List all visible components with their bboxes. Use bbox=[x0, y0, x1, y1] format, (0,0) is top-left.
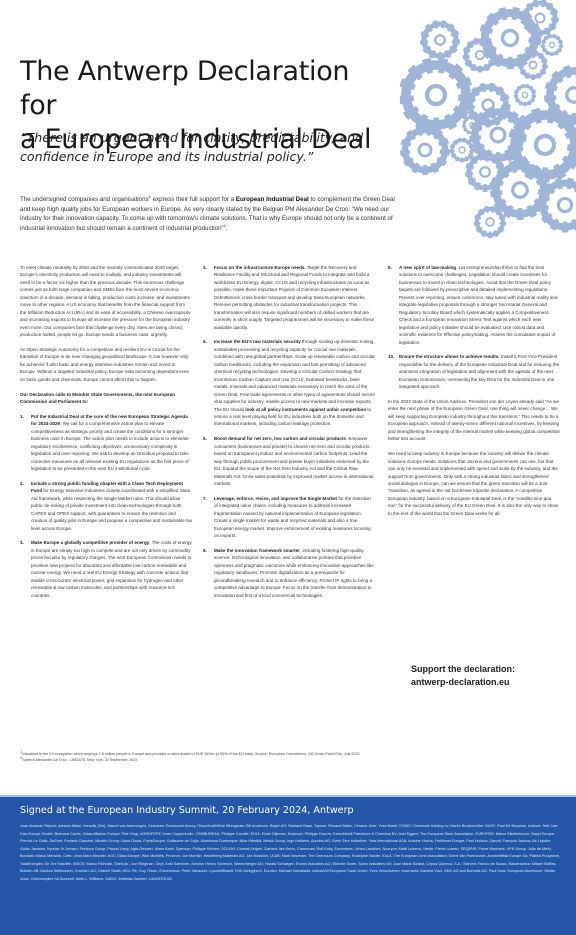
item-heading: Boost demand for net zero, low carbon an… bbox=[214, 436, 346, 441]
item-text: Make Europe a globally competitive provi… bbox=[31, 539, 192, 599]
item-heading: Make Europe a globally competitive provi… bbox=[31, 540, 149, 545]
intro-bold-deal: European Industrial Deal bbox=[236, 196, 309, 203]
footnote-text: Industries in the EII ecosystem which em… bbox=[22, 752, 359, 756]
item-body: Install a First Vice-President responsib… bbox=[399, 354, 559, 389]
calls-lead: Our Declaration calls to Member State Go… bbox=[20, 391, 192, 406]
list-item: 7.Leverage, enforce, revise, and improve… bbox=[203, 495, 375, 540]
intro-text: . bbox=[226, 225, 228, 232]
column-1: To meet climate neutrality by 2050 and t… bbox=[20, 264, 192, 606]
item-number: 3. bbox=[20, 539, 31, 599]
item-emphasis: look at all policy instruments against u… bbox=[245, 407, 366, 412]
signatories-title: Signed at the European Industry Summit, … bbox=[20, 805, 354, 816]
item-heading: Focus on the infrastructure Europe needs… bbox=[214, 265, 306, 270]
item-body: through scaling up domestic mining, sust… bbox=[214, 339, 375, 411]
item-heading: Increase the EU’s raw materials security bbox=[214, 339, 301, 344]
item-text: Make the innovation framework smarter, i… bbox=[214, 547, 375, 599]
item-body: . Let entrepreneurship thrive to find th… bbox=[399, 265, 557, 345]
item-text: Boost demand for net zero, low carbon an… bbox=[214, 435, 375, 487]
item-number: 10. bbox=[388, 353, 399, 390]
item-body: , including fostering high-quality scien… bbox=[214, 548, 374, 598]
item-body: . The costs of energy in Europe are simp… bbox=[31, 540, 192, 597]
item-text: Focus on the infrastructure Europe needs… bbox=[214, 264, 375, 331]
list-item: 5.Increase the EU’s raw materials securi… bbox=[203, 338, 375, 427]
item-body: for Energy Intensive Industries closely … bbox=[31, 488, 192, 530]
item-heading: Make the innovation framework smarter bbox=[214, 548, 300, 553]
list-item: 9.A new spirit of law-making. Let entrep… bbox=[388, 264, 560, 346]
list-item: 10.Ensure the structure allows to achiev… bbox=[388, 353, 560, 390]
item-text: Increase the EU’s raw materials security… bbox=[214, 338, 375, 427]
item-heading: A new spirit of law-making bbox=[399, 265, 456, 270]
intro-text: express their full support for a bbox=[151, 196, 236, 203]
body-paragraph: An Open Strategic Autonomy for a competi… bbox=[20, 346, 192, 383]
item-text: Ensure the structure allows to achieve r… bbox=[399, 353, 560, 390]
item-number: 4. bbox=[203, 264, 214, 331]
intro-paragraph: The undersigned companies and organisati… bbox=[20, 195, 400, 233]
footnote-text: Speech Alexander De Croo - UNGA78, New Y… bbox=[22, 758, 137, 762]
list-item: 2.Include a strong public funding chapte… bbox=[20, 480, 192, 532]
signatories-band: Signed at the European Industry Summit, … bbox=[0, 795, 576, 935]
intro-text: The undersigned companies and organisati… bbox=[20, 196, 149, 203]
body-paragraph: We need to keep industry in Europe becau… bbox=[388, 450, 560, 517]
list-item: 8.Make the innovation framework smarter,… bbox=[203, 547, 375, 599]
list-item: 6.Boost demand for net zero, low carbon … bbox=[203, 435, 375, 487]
footnotes: 1Industries in the EII ecosystem which e… bbox=[20, 751, 560, 763]
item-body: Target the Recovery and Resilience Facil… bbox=[214, 265, 374, 330]
item-number: 5. bbox=[203, 338, 214, 427]
list-item: 4.Focus on the infrastructure Europe nee… bbox=[203, 264, 375, 331]
item-text: Put the Industrial Deal at the core of t… bbox=[31, 413, 192, 473]
body-paragraph: To meet climate neutrality by 2050 and t… bbox=[20, 264, 192, 339]
gear-icon bbox=[405, 3, 576, 235]
item-heading: Ensure the structure allows to achieve r… bbox=[399, 354, 500, 359]
item-text: Leverage, enforce, revise, and improve t… bbox=[214, 495, 375, 540]
body-paragraph: In the 2023 State of the Union Address, … bbox=[388, 398, 560, 443]
column-2: 4.Focus on the infrastructure Europe nee… bbox=[203, 264, 375, 607]
item-heading: Leverage, enforce, revise, and improve t… bbox=[214, 496, 337, 501]
item-number: 2. bbox=[20, 480, 31, 532]
item-body: for the transition of integrated value c… bbox=[214, 496, 371, 538]
list-item: 1.Put the Industrial Deal at the core of… bbox=[20, 413, 192, 473]
support-callout: Support the declaration: antwerp-declara… bbox=[411, 663, 561, 688]
item-text: Include a strong public funding chapter … bbox=[31, 480, 192, 532]
column-3: 9.A new spirit of law-making. Let entrep… bbox=[388, 264, 560, 525]
item-number: 9. bbox=[388, 264, 399, 346]
item-text: A new spirit of law-making. Let entrepre… bbox=[399, 264, 560, 346]
item-body: . Empower consumers (businesses and priv… bbox=[214, 436, 373, 486]
support-label: Support the declaration: bbox=[411, 663, 561, 676]
item-number: 8. bbox=[203, 547, 214, 599]
list-item: 3.Make Europe a globally competitive pro… bbox=[20, 539, 192, 599]
item-number: 6. bbox=[203, 435, 214, 487]
pull-quote: “There is an urgent need for clarity, pr… bbox=[20, 128, 380, 166]
title-line-1: The Antwerp Declaration for bbox=[20, 56, 349, 121]
signatories-list: Juan Abascal, Repsol; Adriano Alfani, Ve… bbox=[20, 823, 560, 883]
item-number: 1. bbox=[20, 413, 31, 473]
support-link[interactable]: antwerp-declaration.eu bbox=[411, 676, 561, 689]
item-number: 7. bbox=[203, 495, 214, 540]
item-body: . We call for a comprehensive action pla… bbox=[31, 421, 189, 471]
footnote: 2Speech Alexander De Croo - UNGA78, New … bbox=[20, 757, 560, 763]
gears-illustration-icon bbox=[400, 0, 576, 240]
